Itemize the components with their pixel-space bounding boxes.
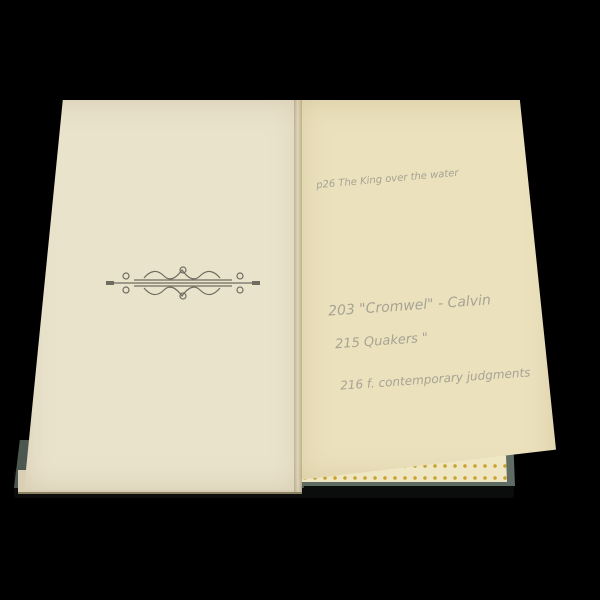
decorative-scroll-ornament-icon	[104, 262, 262, 304]
book-gutter	[294, 100, 302, 492]
photo-scene: p26 The King over the water 203 "Cromwel…	[0, 0, 600, 600]
right-page	[298, 100, 556, 480]
